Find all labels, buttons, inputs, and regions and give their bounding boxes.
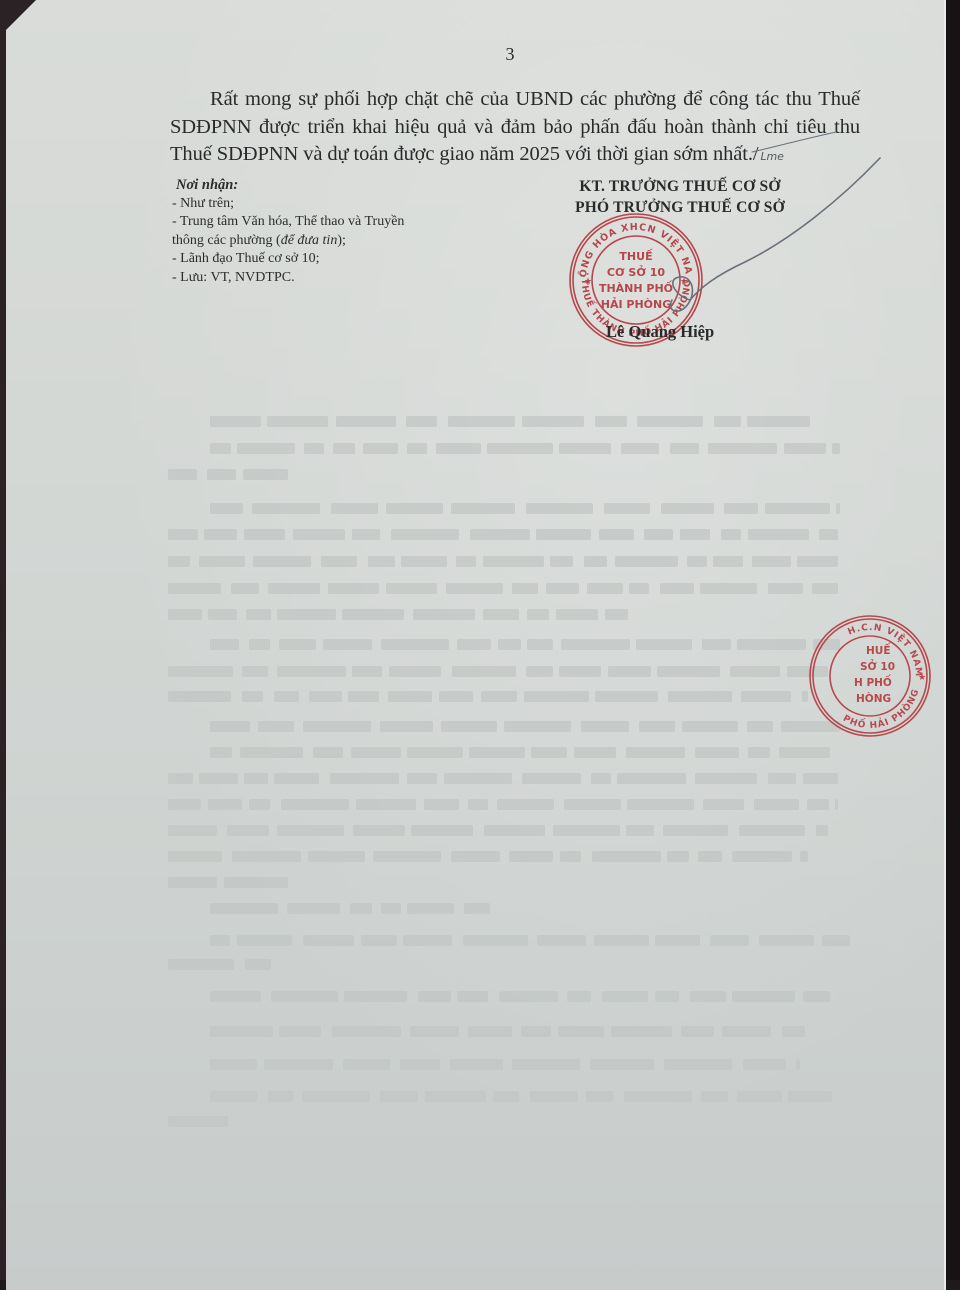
- seal-line: CƠ SỞ 10: [607, 265, 666, 279]
- svg-text:★: ★: [584, 277, 592, 287]
- svg-text:H.C.N VIỆT NAM: H.C.N VIỆT NAM: [847, 623, 924, 678]
- edge-seal: H.C.N VIỆT NAM PHỐ HẢI PHÒNG ★ HUẾ SỞ 10…: [800, 606, 940, 746]
- recipient-item: - Lãnh đạo Thuế cơ sở 10;: [172, 250, 472, 269]
- recipient-continuation-prefix: thông các phường (: [172, 233, 281, 248]
- recipients-title: Nơi nhận:: [176, 176, 472, 195]
- seal-line: THÀNH PHỐ: [599, 280, 673, 295]
- closing-paragraph: Rất mong sự phối hợp chặt chẽ của UBND c…: [170, 86, 860, 171]
- recipient-item-continuation: thông các phường (để đưa tin);: [172, 232, 472, 251]
- initial-mark: Lme: [761, 150, 784, 163]
- seal-ring-top: CỘNG HÒA XHCN VIỆT NAM: [566, 210, 694, 278]
- svg-text:★: ★: [918, 673, 926, 683]
- seal-line: THUẾ: [619, 248, 653, 263]
- svg-text:CỘNG HÒA XHCN VIỆT NAM: CỘNG HÒA XHCN VIỆT NAM: [566, 210, 694, 278]
- edge-seal-line: HUẾ: [866, 642, 891, 657]
- edge-seal-line: HÒNG: [856, 692, 891, 705]
- recipient-item: - Trung tâm Văn hóa, Thể thao và Truyền: [172, 213, 472, 232]
- signature-title-line-1: KT. TRƯỞNG THUẾ CƠ SỞ: [530, 176, 830, 197]
- edge-seal-line: SỞ 10: [860, 659, 895, 673]
- edge-seal-ring-top: H.C.N VIỆT NAM: [847, 623, 924, 678]
- page-number: 3: [0, 44, 960, 65]
- svg-text:★: ★: [680, 277, 688, 287]
- signature-block: KT. TRƯỞNG THUẾ CƠ SỞ PHÓ TRƯỞNG THUẾ CƠ…: [530, 176, 830, 218]
- signature-title-line-2: PHÓ TRƯỞNG THUẾ CƠ SỞ: [530, 197, 830, 218]
- recipient-continuation-italic: để đưa tin: [281, 233, 338, 248]
- svg-text:PHỐ HẢI PHÒNG: PHỐ HẢI PHÒNG: [841, 687, 922, 731]
- recipients-block: Nơi nhận: - Như trên; - Trung tâm Văn hó…: [172, 176, 472, 287]
- signer-name: Lê Quang Hiệp: [606, 322, 714, 342]
- recipient-item: - Như trên;: [172, 195, 472, 214]
- closing-text: Rất mong sự phối hợp chặt chẽ của UBND c…: [170, 88, 860, 165]
- document-page: 3 Rất mong sự phối hợp chặt chẽ của UBND…: [0, 0, 960, 1280]
- recipient-item: - Lưu: VT, NVDTPC.: [172, 269, 472, 288]
- recipient-continuation-suffix: );: [337, 233, 346, 248]
- seal-line: HẢI PHÒNG: [601, 297, 672, 311]
- edge-seal-line: H PHỐ: [854, 674, 892, 689]
- edge-seal-ring-bottom: PHỐ HẢI PHÒNG: [841, 687, 922, 731]
